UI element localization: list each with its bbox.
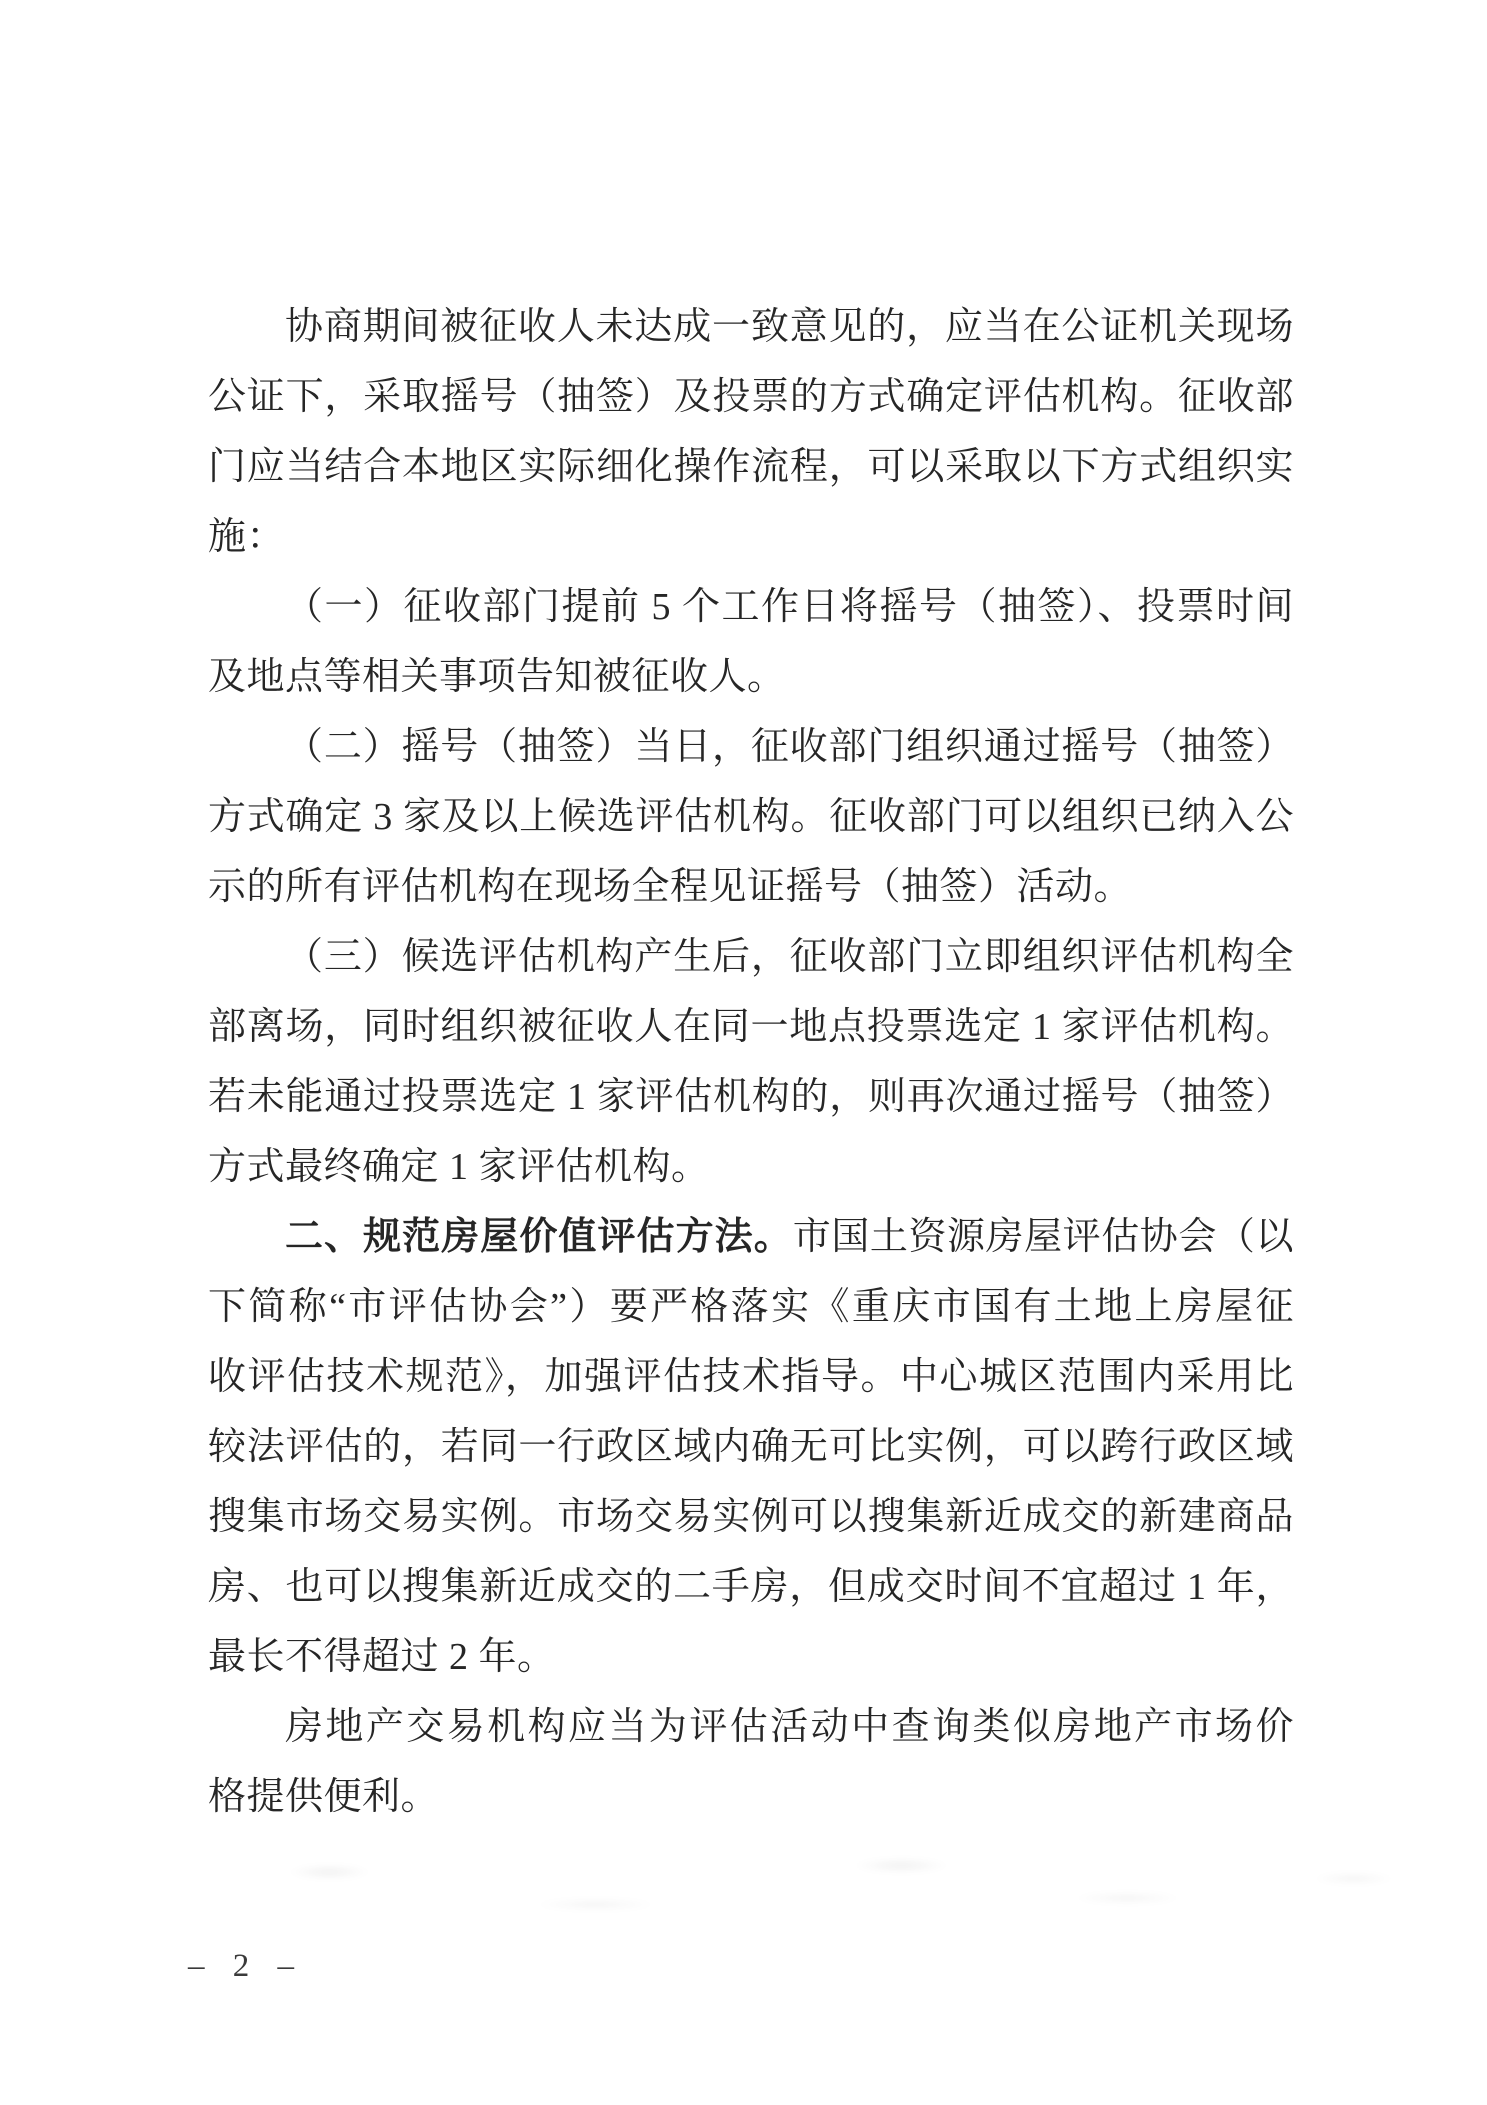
text-line: 公证下，采取摇号（抽签）及投票的方式确定评估机构。征收部 [208, 362, 1294, 432]
text-line: 及地点等相关事项告知被征收人。 [208, 642, 1294, 712]
section-heading: 二、规范房屋价值评估方法。 [285, 1216, 793, 1258]
scanned-document-page: 协商期间被征收人未达成一致意见的，应当在公证机关现场 公证下，采取摇号（抽签）及… [0, 0, 1487, 2105]
text-line: 最长不得超过 2 年。 [208, 1622, 1294, 1692]
text-line: 房、也可以搜集新近成交的二手房，但成交时间不宜超过 1 年， [208, 1552, 1294, 1622]
text-line: 部离场，同时组织被征收人在同一地点投票选定 1 家评估机构。 [208, 992, 1294, 1062]
bleed-through-artifact [130, 1820, 1460, 1950]
document-body: 协商期间被征收人未达成一致意见的，应当在公证机关现场 公证下，采取摇号（抽签）及… [208, 292, 1294, 1832]
page-number: – 2 – [188, 1948, 303, 1985]
text-line: 示的所有评估机构在现场全程见证摇号（抽签）活动。 [208, 852, 1294, 922]
text-line: 收评估技术规范》，加强评估技术指导。中心城区范围内采用比 [208, 1342, 1294, 1412]
text-line: 若未能通过投票选定 1 家评估机构的，则再次通过摇号（抽签） [208, 1062, 1294, 1132]
text-line: 方式最终确定 1 家评估机构。 [208, 1132, 1294, 1202]
text-line: 搜集市场交易实例。市场交易实例可以搜集新近成交的新建商品 [208, 1482, 1294, 1552]
section-heading-tail: 市国土资源房屋评估协会（以 [793, 1216, 1294, 1258]
text-line: 方式确定 3 家及以上候选评估机构。征收部门可以组织已纳入公 [208, 782, 1294, 852]
text-line-item-3: （三）候选评估机构产生后，征收部门立即组织评估机构全 [208, 922, 1294, 992]
text-line: 较法评估的，若同一行政区域内确无可比实例，可以跨行政区域 [208, 1412, 1294, 1482]
section-heading-line: 二、规范房屋价值评估方法。市国土资源房屋评估协会（以 [208, 1202, 1294, 1272]
text-line: 房地产交易机构应当为评估活动中查询类似房地产市场价 [208, 1692, 1294, 1762]
text-line: 施： [208, 502, 1294, 572]
text-line: 下简称“市评估协会”）要严格落实《重庆市国有土地上房屋征 [208, 1272, 1294, 1342]
text-line: 格提供便利。 [208, 1762, 1294, 1832]
text-line: 协商期间被征收人未达成一致意见的，应当在公证机关现场 [208, 292, 1294, 362]
text-line-item-1: （一）征收部门提前 5 个工作日将摇号（抽签）、投票时间 [208, 572, 1294, 642]
text-line-item-2: （二）摇号（抽签）当日，征收部门组织通过摇号（抽签） [208, 712, 1294, 782]
text-line: 门应当结合本地区实际细化操作流程，可以采取以下方式组织实 [208, 432, 1294, 502]
